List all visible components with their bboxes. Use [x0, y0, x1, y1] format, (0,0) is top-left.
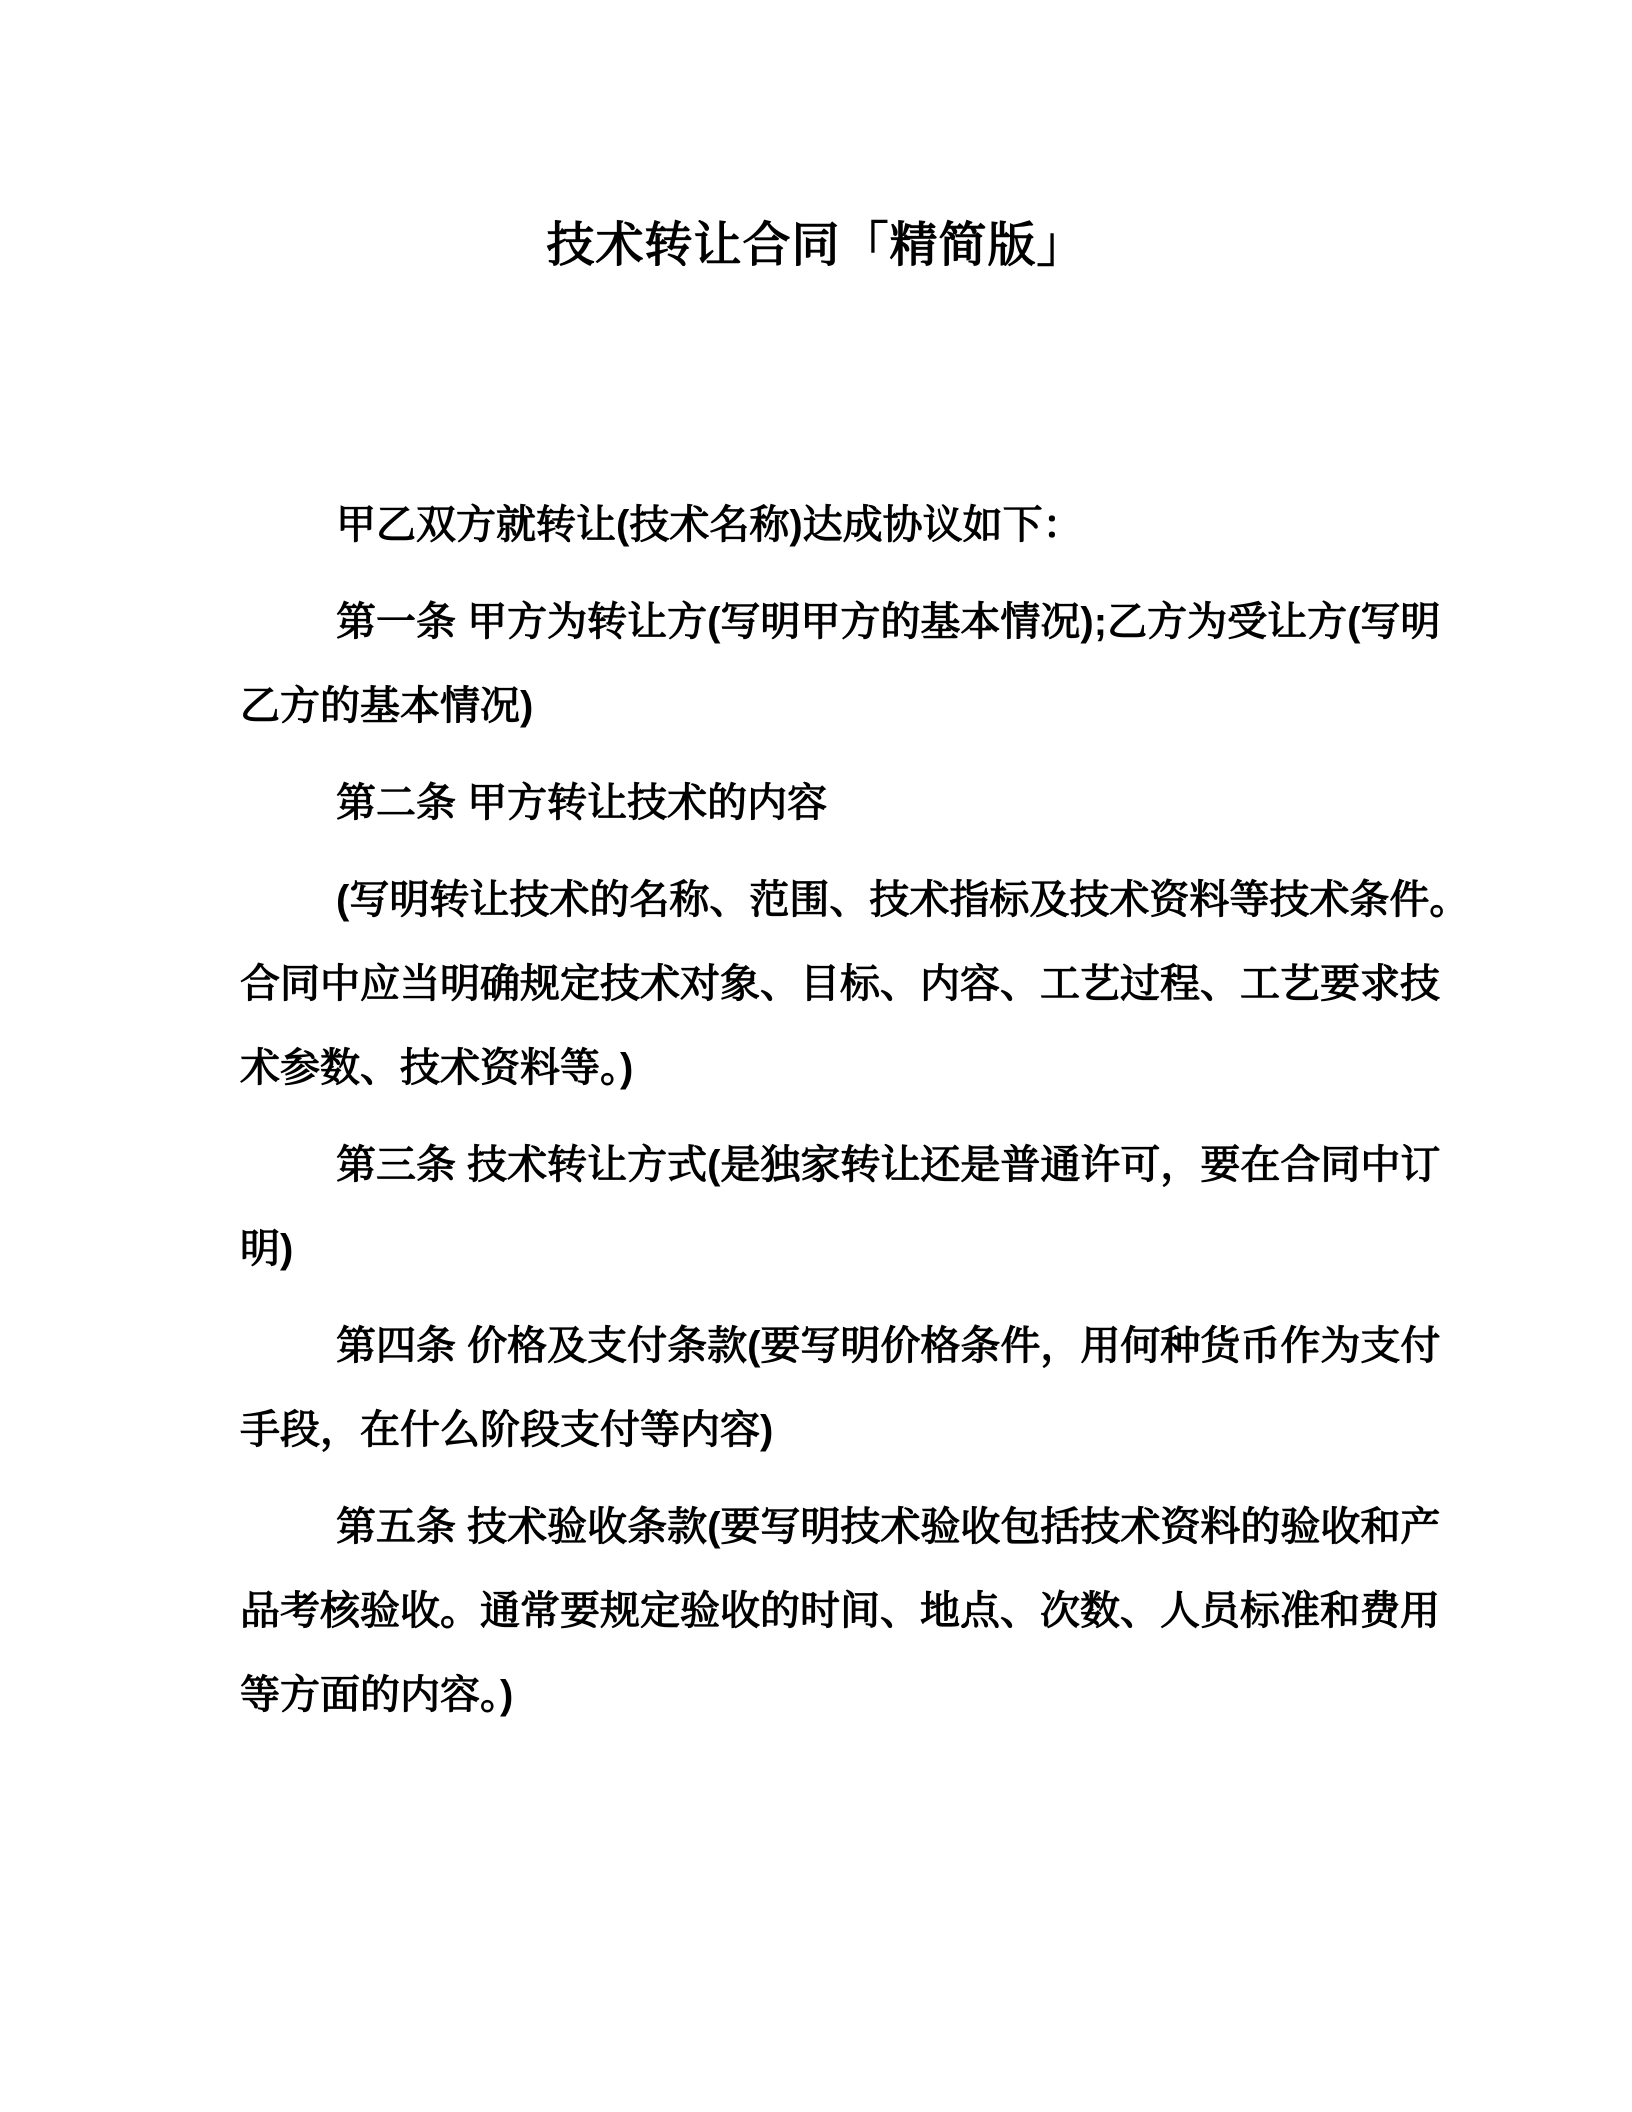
document-page: 技术转让合同「精简版」 甲乙双方就转让(技术名称)达成协议如下： 第一条 甲方为… [0, 0, 1632, 2112]
text-line: 手段，在什么阶段支付等内容) [240, 1388, 1462, 1472]
text-line: 术参数、技术资料等。) [240, 1026, 1462, 1110]
text-line: 第二条 甲方转让技术的内容 [240, 761, 1462, 845]
paragraph-article-2: 第二条 甲方转让技术的内容 [240, 761, 1462, 845]
text-line: 第三条 技术转让方式(是独家转让还是普通许可，要在合同中订 [240, 1123, 1462, 1207]
text-line: 第五条 技术验收条款(要写明技术验收包括技术资料的验收和产 [240, 1485, 1462, 1569]
paragraph-article-1: 第一条 甲方为转让方(写明甲方的基本情况);乙方为受让方(写明 乙方的基本情况) [240, 580, 1462, 748]
text-line: (写明转让技术的名称、范围、技术指标及技术资料等技术条件。 [240, 858, 1462, 942]
text-line: 明) [240, 1207, 1462, 1291]
text-line: 甲乙双方就转让(技术名称)达成协议如下： [240, 483, 1462, 567]
text-line: 合同中应当明确规定技术对象、目标、内容、工艺过程、工艺要求技 [240, 942, 1462, 1026]
paragraph-article-3: 第三条 技术转让方式(是独家转让还是普通许可，要在合同中订 明) [240, 1123, 1462, 1291]
document-title: 技术转让合同「精简版」 [0, 216, 1632, 276]
paragraph-article-2-note: (写明转让技术的名称、范围、技术指标及技术资料等技术条件。 合同中应当明确规定技… [240, 858, 1462, 1110]
text-line: 等方面的内容。) [240, 1653, 1462, 1737]
paragraph-article-5: 第五条 技术验收条款(要写明技术验收包括技术资料的验收和产 品考核验收。通常要规… [240, 1485, 1462, 1737]
paragraph-preamble: 甲乙双方就转让(技术名称)达成协议如下： [240, 483, 1462, 567]
paragraph-article-4: 第四条 价格及支付条款(要写明价格条件，用何种货币作为支付 手段，在什么阶段支付… [240, 1304, 1462, 1472]
document-body: 甲乙双方就转让(技术名称)达成协议如下： 第一条 甲方为转让方(写明甲方的基本情… [0, 483, 1632, 1737]
text-line: 乙方的基本情况) [240, 664, 1462, 748]
text-line: 品考核验收。通常要规定验收的时间、地点、次数、人员标准和费用 [240, 1569, 1462, 1653]
text-line: 第四条 价格及支付条款(要写明价格条件，用何种货币作为支付 [240, 1304, 1462, 1388]
text-line: 第一条 甲方为转让方(写明甲方的基本情况);乙方为受让方(写明 [240, 580, 1462, 664]
